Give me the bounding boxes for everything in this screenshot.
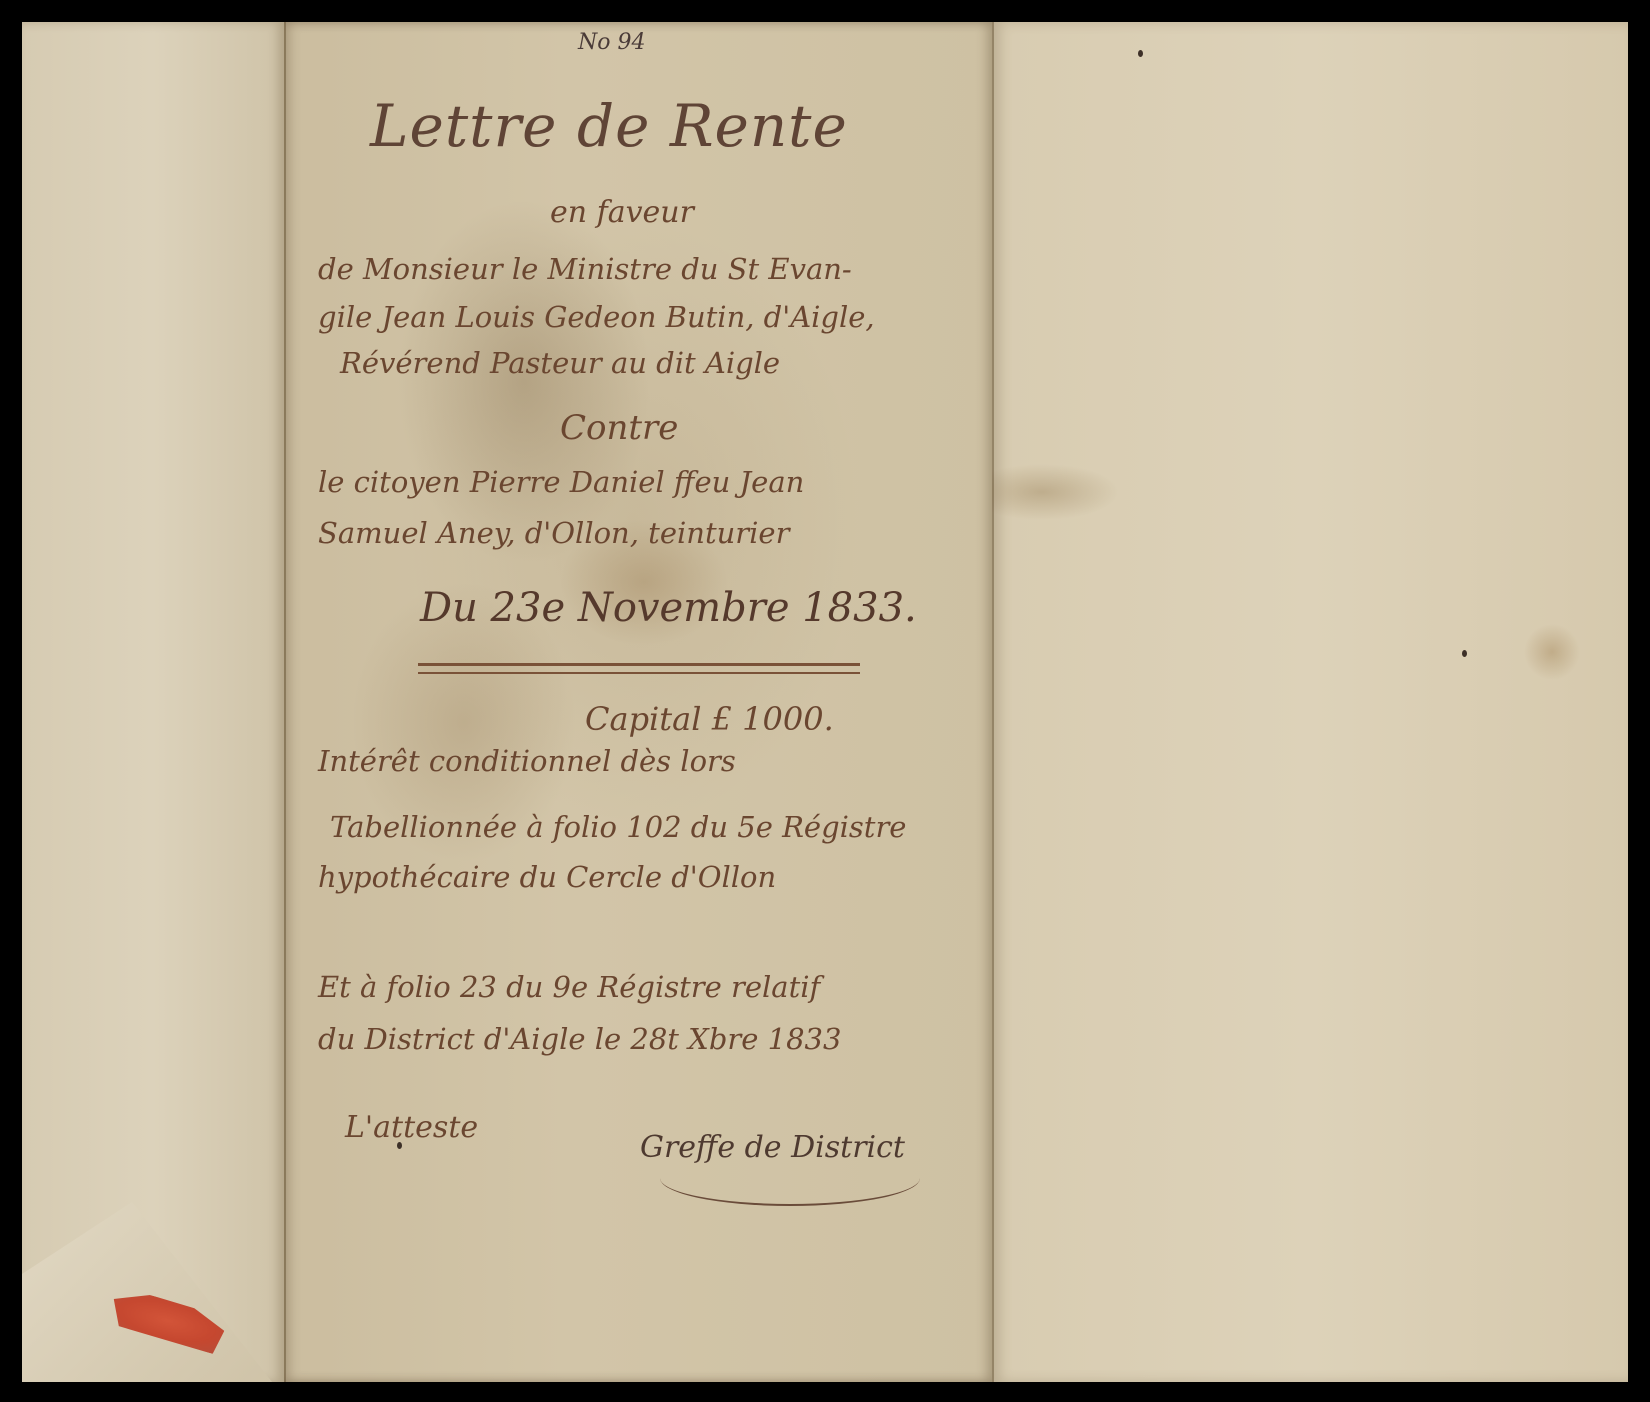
right-flap <box>992 22 1628 1382</box>
document-title: Lettre de Rente <box>370 92 848 160</box>
registration-line: Et à folio 23 du 9e Régistre relatif <box>318 970 820 1004</box>
fold-line-left <box>284 22 286 1382</box>
date-underline <box>418 663 860 674</box>
registration-line: hypothécaire du Cercle d'Ollon <box>318 860 776 894</box>
in-favour-label: en faveur <box>550 195 694 230</box>
against-label: Contre <box>560 408 678 448</box>
registration-line: du District d'Aigle le 28t Xbre 1833 <box>318 1022 841 1056</box>
reference-number: No 94 <box>578 30 645 55</box>
interest-clause: Intérêt conditionnel dès lors <box>318 744 736 778</box>
attestation: L'atteste <box>345 1110 478 1145</box>
capital-amount: Capital £ 1000. <box>585 700 834 738</box>
beneficiary-line: Révérend Pasteur au dit Aigle <box>340 346 780 380</box>
beneficiary-line: de Monsieur le Ministre du St Evan- <box>318 252 852 286</box>
ink-spot <box>1462 650 1467 657</box>
signature: Greffe de District <box>640 1130 905 1165</box>
fold-line-right <box>992 22 994 1382</box>
ink-spot <box>1138 50 1143 57</box>
debtor-line: le citoyen Pierre Daniel ffeu Jean <box>318 465 804 499</box>
beneficiary-line: gile Jean Louis Gedeon Butin, d'Aigle, <box>318 300 875 334</box>
left-flap <box>22 22 284 1382</box>
debtor-line: Samuel Aney, d'Ollon, teinturier <box>318 516 789 550</box>
document-date: Du 23e Novembre 1833. <box>420 585 917 631</box>
registration-line: Tabellionnée à folio 102 du 5e Régistre <box>330 810 906 844</box>
